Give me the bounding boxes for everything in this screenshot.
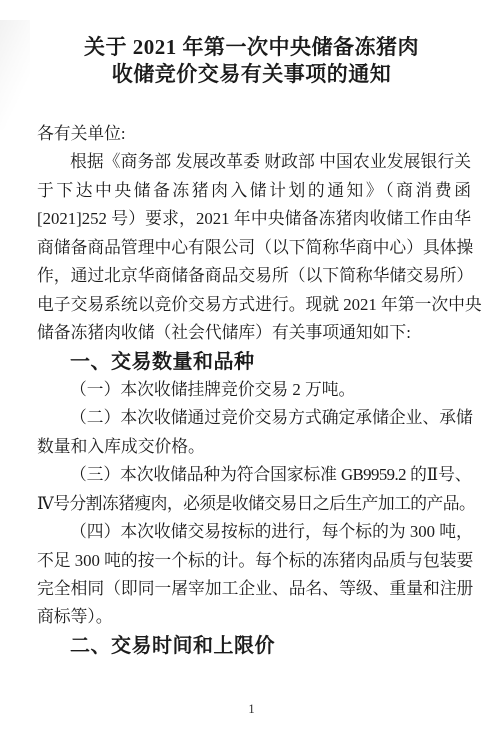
list-item-line: （四）本次收储交易按标的进行，每个标的为 300 吨，	[37, 518, 471, 546]
paragraph-line: 根据《商务部 发展改革委 财政部 中国农业发展银行关	[37, 148, 471, 176]
paragraph-line: 商储备商品管理中心有限公司（以下简称华商中心）具体操	[37, 234, 471, 262]
paragraph-line: 储备冻猪肉收储（社会代储库）有关事项通知如下:	[37, 319, 471, 347]
paragraph-line: 作，通过北京华商储备商品交易所（以下简称华储交易所）	[37, 262, 471, 290]
list-item-line: 数量和入库成交价格。	[37, 433, 471, 461]
paragraph-line: 于下达中央储备冻猪肉入储计划的通知》（商消费函	[37, 177, 471, 205]
doc-title: 关于 2021 年第一次中央储备冻猪肉 收储竞价交易有关事项的通知	[0, 34, 503, 88]
list-item-line: 商标等）。	[37, 603, 471, 631]
list-item-line: （三）本次收储品种为符合国家标准 GB9959.2 的Ⅱ号、	[37, 461, 471, 489]
page-number: 1	[0, 702, 503, 717]
section-heading-1: 一、交易数量和品种	[37, 348, 471, 376]
paragraph-line: [2021]252 号）要求，2021 年中央储备冻猪肉收储工作由华	[37, 205, 471, 233]
doc-title-line-2: 收储竞价交易有关事项的通知	[0, 61, 503, 88]
list-item-line: （一）本次收储挂牌竞价交易 2 万吨。	[37, 376, 471, 404]
doc-title-line-1: 关于 2021 年第一次中央储备冻猪肉	[0, 34, 503, 61]
list-item-line: Ⅳ号分割冻猪瘦肉，必须是收储交易日之后生产加工的产品。	[37, 490, 471, 518]
list-item-line: 不足 300 吨的按一个标的计。每个标的冻猪肉品质与包装要	[37, 547, 471, 575]
section-heading-2: 二、交易时间和上限价	[37, 632, 471, 660]
salutation: 各有关单位:	[37, 120, 471, 148]
list-item-line: 完全相同（即同一屠宰加工企业、品名、等级、重量和注册	[37, 575, 471, 603]
doc-body: 各有关单位: 根据《商务部 发展改革委 财政部 中国农业发展银行关 于下达中央储…	[37, 120, 471, 660]
paragraph-line: 电子交易系统以竞价交易方式进行。现就 2021 年第一次中央	[37, 291, 471, 319]
list-item-line: （二）本次收储通过竞价交易方式确定承储企业、承储	[37, 404, 471, 432]
document-page: 关于 2021 年第一次中央储备冻猪肉 收储竞价交易有关事项的通知 各有关单位:…	[0, 0, 503, 740]
